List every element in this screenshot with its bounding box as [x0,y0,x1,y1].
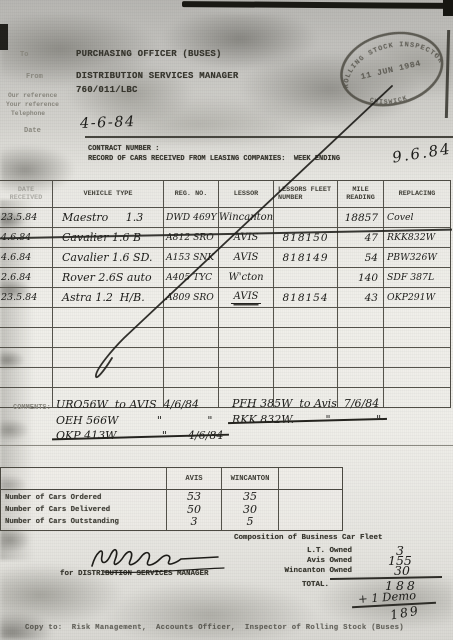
wincanton-owned-label: Wincanton Owned [242,567,352,575]
scanned-memo-page: To PURCHASING OFFICER (BUSES) From DISTR… [0,0,453,640]
header-lessors-fleet-number: LESSORS FLEET NUMBER [273,181,337,207]
table-empty-row [0,307,450,327]
avis-owned-label: Avis Owned [242,557,352,565]
cell-lessor: W'cton [218,268,273,287]
cell-mileage: 54 [337,248,383,267]
comments-label: COMMENTS: [13,404,51,412]
cell-reg: A405 TYC [163,268,218,287]
cell-lessor: AVIS [218,248,273,267]
cell-reg: DWD 469Y [163,208,218,227]
scan-artifact-top-bar [182,1,453,9]
table-row: 23.5.84 Astra 1.2 H/B. A809 SRO AVIS 818… [0,287,450,307]
date-handwritten-value: 4-6-84 [80,114,136,132]
cell-replacing: Covel [383,208,450,227]
to-label: To [20,51,28,59]
cell-fleet: 818149 [273,248,337,267]
comment-line-2-left: OEH 566W " " [56,414,212,427]
header-vehicle-type: VEHICLE TYPE [52,181,163,207]
cars-table-header-row: DATE RECEIVED VEHICLE TYPE REG. NO. LESS… [0,181,450,207]
cell-reg: A153 SNK [163,248,218,267]
header-replacing: REPLACING [383,181,450,207]
footer-copy-line: Copy to: Risk Management, Accounts Offic… [25,624,404,632]
cell-vehicle: Cavalier 1.6 SD. [52,248,163,267]
table-row: 2.6.84 Rover 2.6S auto A405 TYC W'cton 1… [0,267,450,287]
header-date-received: DATE RECEIVED [0,181,52,207]
table-row: 4.6.84 Cavalier 1.6 SD. A153 SNK AVIS 81… [0,247,450,267]
lt-owned-label: L.T. Owned [242,547,352,555]
letterhead-divider-rule [85,136,453,138]
summary-avis-values: 53 50 3 [166,490,221,530]
cell-replacing: SDF 387L [383,268,450,287]
telephone-label: Telephone [11,110,45,117]
cell-mileage: 43 [337,288,383,307]
comment-line-2-right-struck: RKK 832W. " " [232,413,381,426]
cell-date: 2.6.84 [0,268,52,287]
header-reg-no: REG. NO. [163,181,218,207]
to-value: PURCHASING OFFICER (BUSES) [76,49,222,59]
cell-mileage: 140 [337,268,383,287]
scan-artifact-top-right [443,0,453,16]
your-reference-label: Your reference [6,101,59,108]
cell-vehicle: Maestro 1.3 [52,208,163,227]
wincanton-outstanding: 5 [222,516,278,529]
label-cars-outstanding: Number of Cars Outstanding [5,516,166,528]
fleet-composition-title: Composition of Business Car Fleet [234,534,383,542]
from-label: From [26,73,43,81]
cell-vehicle: Astra 1.2 H/B. [52,288,163,307]
summary-wincanton-values: 35 30 5 [221,490,278,530]
cell-replacing: OKP291W [383,288,450,307]
cell-lessor-underlined: AVIS [231,291,262,304]
cell-lessor: AVIS [218,228,273,247]
cell-reg: A809 SRO [163,288,218,307]
table-empty-row [0,327,450,347]
summary-header-row: AVIS WINCANTON [1,468,342,490]
comments-divider-rule [0,445,453,446]
wincanton-ordered: 35 [222,491,278,504]
comment-line-1-left: URO56W to AVIS 4/6/84 [56,398,199,411]
table-empty-row [0,347,450,367]
label-cars-ordered: Number of Cars Ordered [5,492,166,504]
label-cars-delivered: Number of Cars Delivered [5,504,166,516]
comment-line-3-left-struck: OKP 413W " 4/6/84 [56,429,223,442]
our-reference-label: Our reference [8,92,57,99]
summary-header-wincanton: WINCANTON [221,468,278,489]
cars-received-table: DATE RECEIVED VEHICLE TYPE REG. NO. LESS… [0,180,451,408]
cell-vehicle: Rover 2.6S auto [52,268,163,287]
summary-header-avis: AVIS [166,468,221,489]
contract-number-line: CONTRACT NUMBER : [88,145,159,153]
scan-artifact-top-left [0,24,8,50]
header-lessor: LESSOR [218,181,273,207]
date-label: Date [24,127,41,135]
header-mile-reading: MILE READING [337,181,383,207]
cell-fleet [273,208,337,227]
cell-fleet: 818154 [273,288,337,307]
cell-date: 4.6.84 [0,248,52,267]
cell-lessor: AVIS [218,288,273,307]
avis-outstanding: 3 [167,516,221,529]
cell-lessor: Wincanton [218,208,273,227]
cell-date: 23.5.84 [0,208,52,227]
from-value: DISTRIBUTION SERVICES MANAGER [76,71,238,81]
table-row: 23.5.84 Maestro 1.3 DWD 469Y Wincanton 1… [0,207,450,227]
record-of-cars-line: RECORD OF CARS RECEIVED FROM LEASING COM… [88,155,340,163]
cars-summary-table: AVIS WINCANTON Number of Cars Ordered Nu… [0,467,343,531]
cell-replacing: PBW326W [383,248,450,267]
cell-reg: A812 SRO [163,228,218,247]
cell-mileage: 18857 [337,208,383,227]
cell-date: 23.5.84 [0,288,52,307]
summary-row-labels: Number of Cars Ordered Number of Cars De… [1,490,166,530]
cell-fleet [273,268,337,287]
reference-value: 760/011/LBC [76,85,138,95]
total-label: TOTAL. [302,581,329,589]
table-empty-row [0,367,450,387]
summary-body-row: Number of Cars Ordered Number of Cars De… [1,490,342,530]
avis-ordered: 53 [167,491,221,504]
for-distribution-services-manager-line: for DISTRIBUTION SERVICES MANAGER [60,570,209,578]
comment-line-1-right: PFH 385W to Avis 7/6/84 [232,397,379,410]
